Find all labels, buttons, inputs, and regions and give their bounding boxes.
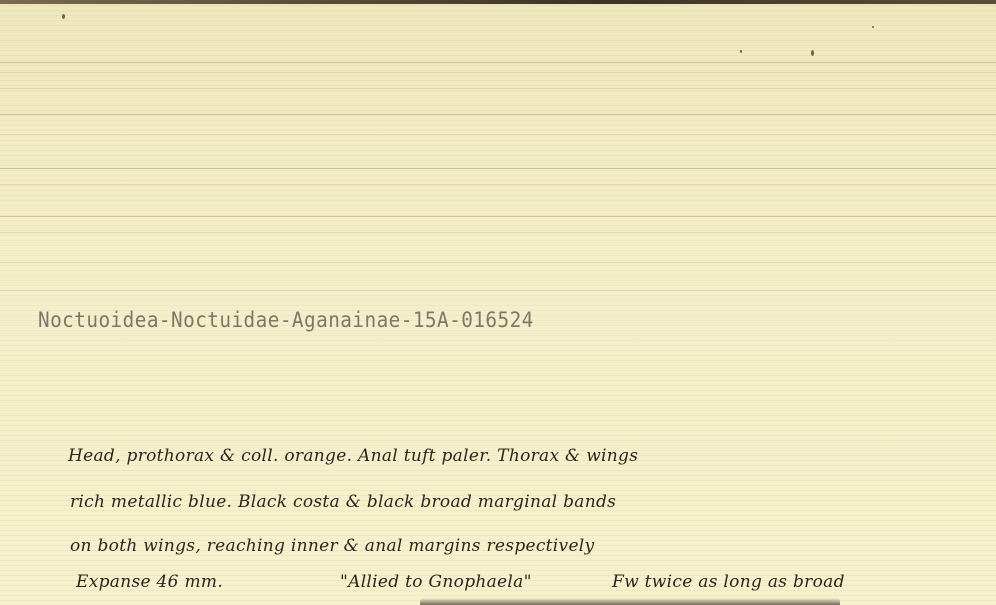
ruled-line [0,184,996,185]
handwritten-note-line-3: on both wings, reaching inner & anal mar… [70,536,594,556]
handwritten-note-line-1: Head, prothorax & coll. orange. Anal tuf… [68,446,638,466]
ruled-line [0,134,996,135]
handwritten-note-forewing: Fw twice as long as broad [612,572,845,592]
ruled-line [0,216,996,217]
ruled-line [0,62,996,63]
card-bottom-shadow [420,598,840,605]
card-top-edge [0,0,996,4]
specimen-classification-label: Noctuoidea-Noctuidae-Aganainae-15A-01652… [38,308,534,332]
ruled-line [0,262,996,263]
ruled-line [0,168,996,169]
ruled-line [0,72,996,73]
paper-speck [872,26,874,28]
paper-speck [811,50,814,56]
index-card: Noctuoidea-Noctuidae-Aganainae-15A-01652… [0,0,996,605]
handwritten-note-allied: "Allied to Gnophaela" [340,572,532,592]
handwritten-note-line-2: rich metallic blue. Black costa & black … [70,492,616,512]
ruled-line [0,88,996,89]
paper-speck [62,14,65,19]
paper-speck [740,50,742,53]
ruled-line [0,114,996,115]
ruled-line [0,232,996,233]
ruled-line [0,290,996,291]
handwritten-note-expanse: Expanse 46 mm. [76,572,223,592]
